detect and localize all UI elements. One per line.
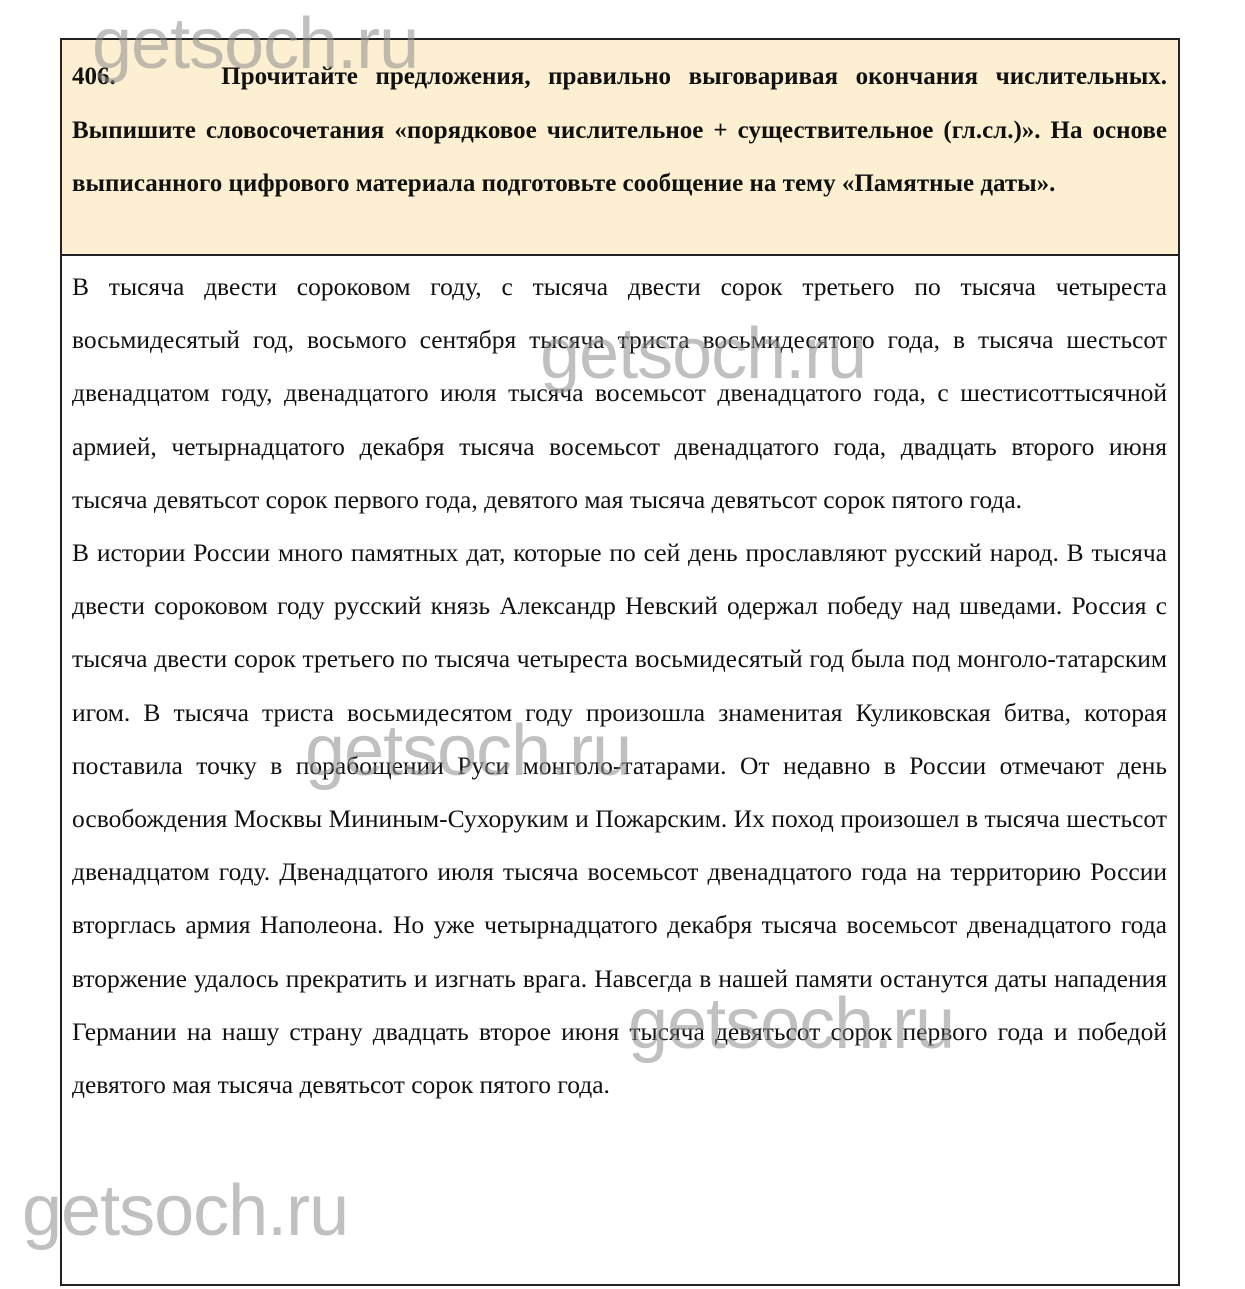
- answer-paragraph-1: В тысяча двести сороковом году, с тысяча…: [72, 260, 1167, 526]
- task-statement: 406. Прочитайте предложения, правильно в…: [62, 40, 1178, 256]
- answer-paragraph-2: В истории России много памятных дат, кот…: [72, 526, 1167, 1111]
- task-text: Прочитайте предложения, правильно выгова…: [72, 63, 1167, 197]
- exercise-card: 406. Прочитайте предложения, правильно в…: [60, 38, 1180, 1286]
- task-number: 406.: [72, 63, 116, 90]
- answer-text: В тысяча двести сороковом году, с тысяча…: [62, 256, 1178, 1111]
